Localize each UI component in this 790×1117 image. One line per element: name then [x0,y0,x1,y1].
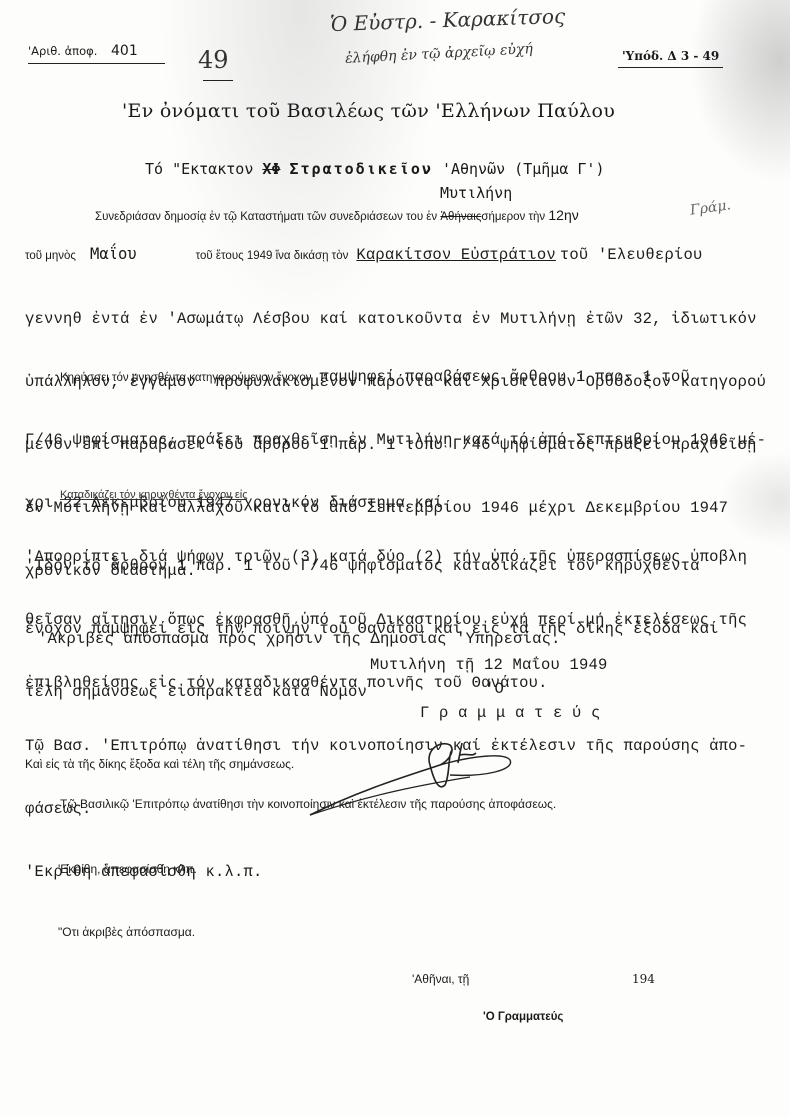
session-day: 12ην [548,207,578,223]
athens-date-line: 'Αθῆναι, τῇ [412,972,469,986]
accused-father: τοῦ 'Ελευθερίου [560,246,703,264]
court-city: Μυτιλήνη [440,184,512,202]
certified-copy-line: 'Ακριβές ἀπόσπασμα πρός χρῆσιν τῆς Δημοσ… [38,630,561,648]
judged-line: 'Εκρίθη, ἀπεφασίσθη κλπ. [58,862,197,876]
rejection-line: ἐπιβληθείσης εἰς τόν καταδικασθέντα ποιν… [25,673,747,694]
court-name: Στρατοδικεῖον [290,160,433,178]
document-title: 'Εν ὀνόματι τοῦ Βασιλέως τῶν 'Ελλήνων Πα… [122,100,615,122]
decision-underline [28,63,165,64]
month-value: Μαΐου [90,245,137,263]
handwritten-number-underline [203,80,233,81]
place-date: Μυτιλήνη τῇ 12 Μαΐου 1949 [370,656,608,674]
decision-number: 401 [111,43,138,59]
case-reference-underline [618,67,723,68]
rejection-line: θεῖσαν αἴτησιν ὅπως ἐκφρασθῇ ὑπό τοῦ Δικ… [25,610,747,631]
year-prefix: 194 [632,972,655,986]
month-label: τοῦ μηνὸς [25,250,76,262]
signature-icon [300,735,540,825]
decision-label: 'Αριθ. ἀποφ. [28,44,97,58]
decision-number-label: 'Αριθ. ἀποφ. 401 [28,43,138,59]
verdict-intro-line: Κηρύσσει τόν μνησθέντα κατηγορούμενον ἔν… [60,368,690,386]
commission-line: Τῷ Βασιλικῷ 'Επιτρόπῳ ἀνατίθησι τὴν κοιν… [60,797,556,811]
handwritten-number: 49 [198,46,229,74]
court-prefix: Τό "Εκτακτον [145,160,253,178]
session-text: Συνεδριάσαν δημοσίᾳ ἐν τῷ Καταστήματι τῶ… [95,211,437,223]
true-copy-line: "Οτι ἀκριβὲς ἀπόσπασμα. [58,925,195,939]
secretary-label: 'Ο Γραμματεύς [483,1011,563,1023]
margin-note: Γράμ. [689,197,732,219]
handwritten-note-line2: ἐλήφθη ἐν τῷ ἀρχεῖῳ εὐχή [345,41,533,67]
verdict-intro: Κηρύσσει τόν μνησθέντα κατηγορούμενον ἔν… [60,372,311,384]
court-suffix: 'Αθηνῶν (Τμῆμα Γ') [442,160,605,178]
session-suffix: σήμερον τὴν [481,211,545,223]
document-page: 'Αριθ. ἀποφ. 401 49 Ὁ Εὐστρ. - Καρακίτσο… [0,0,790,1117]
body-line: γεννηθ ἐντά ἐν 'Ασωμάτῳ Λέσβου καί κατοι… [25,309,766,330]
verdict-line: Γ/46 ψηφίσματος, πράξει πραχθεῖσῃ ἐν Μυτ… [25,430,766,451]
body-line-1: τοῦ μηνὸς Μαΐου τοῦ ἔτους 1949 ἵνα δικάσ… [25,245,702,264]
costs-line: Καὶ εἰς τὰ τῆς δίκης ἔξοδα καὶ τέλη τῆς … [25,757,294,771]
year-trial-text: τοῦ ἔτους 1949 ἵνα δικάσῃ τὸν [196,250,349,262]
court-line: Τό "Εκτακτον ΧΦ Στρατοδικεῖον 'Αθηνῶν (Τ… [145,160,605,178]
case-reference: 'Υπόδ. Δ 3 - 49 [622,49,719,63]
court-struck-text: ΧΦ [262,160,280,178]
signer-article: 'Ο [485,680,504,698]
handwritten-note-line1: Ὁ Εὐστρ. - Καρακίτσος [330,4,566,36]
session-struck-text: Ἀθήναις [440,211,481,223]
rejection-line: 'Απορρίπτει διά ψήφων τριῶν (3) κατά δύο… [25,547,747,568]
session-line: Συνεδριάσαν δημοσίᾳ ἐν τῷ Καταστήματι τῶ… [95,207,579,223]
struck-line: Καταδικάζει τόν κηρυχθέντα ἔνοχον εἰς [60,489,248,501]
signer-title: Γ ρ α μ μ α τ ε ύ ς [420,704,601,722]
verdict-typed: παμψηφεί παραβάσεως ἄρθρου 1 παρ. 1 τοῦ [319,368,690,386]
accused-name: Καρακίτσον Εὐστράτιον [356,246,556,264]
